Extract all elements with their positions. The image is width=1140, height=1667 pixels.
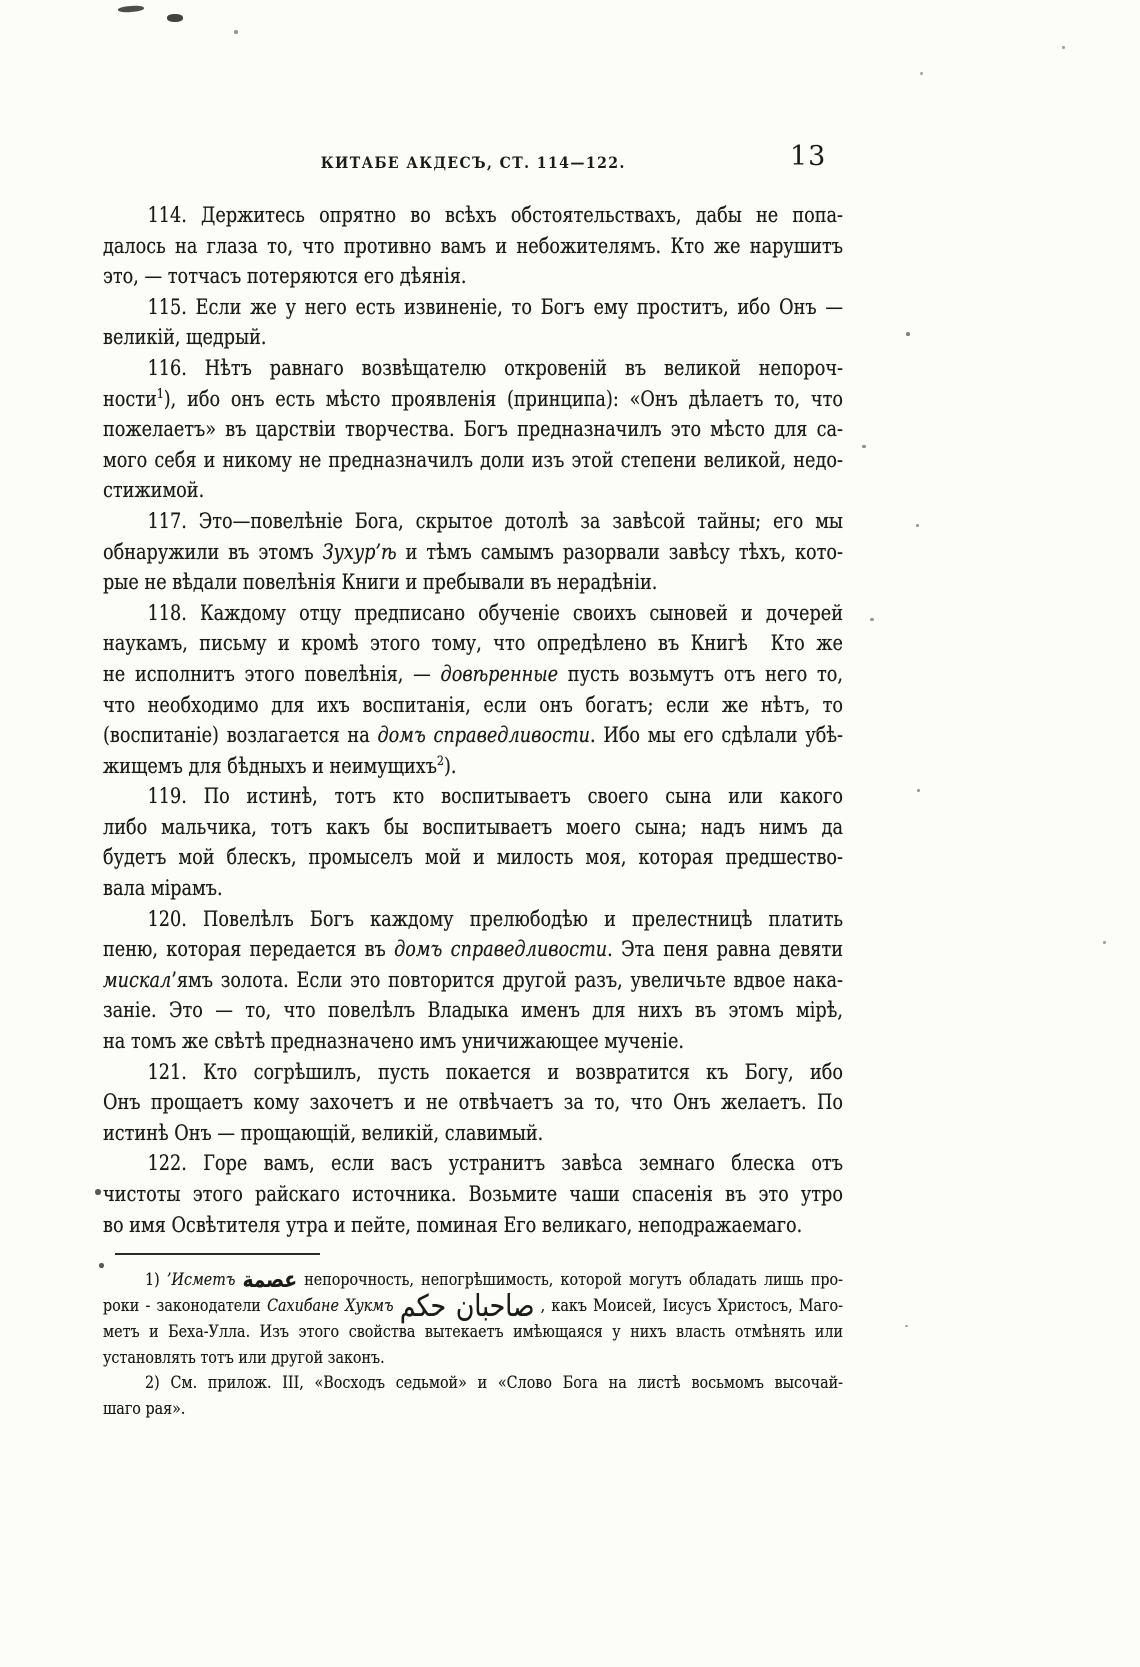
text-segment: роки - законодатели	[103, 1296, 267, 1316]
text-segment: (воспитаніе) возлагается на	[103, 723, 377, 747]
text-segment: либо мальчика, тотъ какъ бы воспитываетъ…	[103, 815, 843, 839]
footnotes: 1) ’Исметъ عصمة непорочность, непогрѣшим…	[103, 1268, 843, 1423]
scan-speck	[862, 445, 866, 448]
text-segment: не исполнитъ этого повелѣнія, —	[103, 662, 441, 686]
paragraph: 120. Повелѣлъ Богъ каждому прелюбодѣю и …	[103, 904, 843, 1057]
text-line: рые не вѣдали повелѣнія Книги и пребывал…	[103, 567, 843, 598]
paragraph: 116. Нѣтъ равнаго возвѣщателю откровеній…	[103, 353, 843, 506]
text-segment: далось на глаза то, что противно вамъ и …	[103, 234, 843, 258]
text-segment: 122. Горе вамъ, если васъ устранитъ завѣ…	[148, 1151, 843, 1175]
text-line: на томъ же свѣтѣ предназначено имъ уничи…	[103, 1026, 843, 1057]
text-line: 114. Держитесь опрятно во всѣхъ обстояте…	[103, 200, 843, 231]
page-number: 13	[790, 141, 826, 172]
text-line: 121. Кто согрѣшилъ, пусть покается и воз…	[103, 1057, 843, 1088]
text-column: 114. Держитесь опрятно во всѣхъ обстояте…	[103, 200, 843, 1423]
text-segment: что необходимо для ихъ воспитанія, если …	[103, 693, 843, 717]
text-line: будетъ мой блескъ, промыселъ мой и милос…	[103, 842, 843, 873]
text-line: мискал’ямъ золота. Если это повторится д…	[103, 965, 843, 996]
text-line: 116. Нѣтъ равнаго возвѣщателю откровеній…	[103, 353, 843, 384]
paragraph: 2) См. прилож. III, «Восходъ седьмой» и …	[103, 1371, 843, 1423]
scan-speck	[920, 72, 923, 75]
text-segment: мого себя и никому не предназначилъ доли…	[103, 448, 843, 472]
text-segment: вала мірамъ.	[103, 876, 223, 900]
text-segment: чистоты этого райскаго источника. Возьми…	[103, 1182, 843, 1206]
text-line: 120. Повелѣлъ Богъ каждому прелюбодѣю и …	[103, 904, 843, 935]
text-line: чистоты этого райскаго источника. Возьми…	[103, 1179, 843, 1210]
text-line: ности1), ибо онъ есть мѣсто проявленія (…	[103, 384, 843, 415]
text-segment: 114. Держитесь опрятно во всѣхъ обстояте…	[148, 203, 843, 227]
text-segment: . Ибо мы его сдѣлали убѣ-	[590, 723, 843, 747]
text-line: далось на глаза то, что противно вамъ и …	[103, 231, 843, 262]
text-segment: ’Исметъ	[167, 1270, 235, 1290]
text-segment: непорочность, непогрѣшимость, которой мо…	[297, 1270, 843, 1290]
text-segment: , какъ Моисей, Іисусъ Христосъ, Маго-	[534, 1296, 843, 1316]
text-line: установлять тотъ или другой законъ.	[103, 1346, 843, 1372]
text-segment: наукамъ, письму и кромѣ этого тому, что …	[103, 631, 843, 655]
text-segment: Сахибане Хукмъ	[267, 1296, 393, 1316]
scan-speck	[906, 332, 910, 336]
paragraph: 114. Держитесь опрятно во всѣхъ обстояте…	[103, 200, 843, 292]
text-line: обнаружили въ этомъ Зухур’ѣ и тѣмъ самым…	[103, 537, 843, 568]
text-segment: и тѣмъ самымъ разорвали завѣсу тѣхъ, кот…	[397, 540, 843, 564]
scan-speck	[99, 1263, 104, 1268]
text-segment: ).	[444, 754, 457, 778]
text-line: 119. По истинѣ, тотъ кто воспитываетъ св…	[103, 781, 843, 812]
text-line: пожелаетъ» въ царствіи творчества. Богъ …	[103, 414, 843, 445]
text-line: истинѣ Онъ — прощающій, великій, славимы…	[103, 1118, 843, 1149]
text-segment: 117. Это—повелѣніе Бога, скрытое дотолѣ …	[148, 509, 843, 533]
text-segment: будетъ мой блескъ, промыселъ мой и милос…	[103, 845, 843, 869]
text-line: мого себя и никому не предназначилъ доли…	[103, 445, 843, 476]
body-paragraphs: 114. Держитесь опрятно во всѣхъ обстояте…	[103, 200, 843, 1240]
arabic-text: صاحبان حكم	[400, 1289, 535, 1324]
running-head: КИТАБЕ АКДЕСЪ, СТ. 114—122.	[103, 153, 843, 172]
text-line: метъ и Беха-Улла. Изъ этого свойства выт…	[103, 1320, 843, 1346]
text-segment: домъ справедливости	[394, 937, 607, 961]
text-line: 118. Каждому отцу предписано обученіе св…	[103, 598, 843, 629]
text-segment: довѣренные	[441, 662, 559, 686]
text-segment: 116. Нѣтъ равнаго возвѣщателю откровеній…	[148, 356, 843, 380]
text-line: 117. Это—повелѣніе Бога, скрытое дотолѣ …	[103, 506, 843, 537]
text-segment: во имя Освѣтителя утра и пейте, поминая …	[103, 1213, 802, 1237]
paragraph: 122. Горе вамъ, если васъ устранитъ завѣ…	[103, 1148, 843, 1240]
paragraph: 117. Это—повелѣніе Бога, скрытое дотолѣ …	[103, 506, 843, 598]
text-segment: установлять тотъ или другой законъ.	[103, 1348, 385, 1368]
text-segment: заніе. Это — то, что повелѣлъ Владыка им…	[103, 998, 843, 1022]
text-segment: мискал	[103, 968, 171, 992]
text-segment: домъ справедливости	[377, 723, 590, 747]
text-line: стижимой.	[103, 475, 843, 506]
text-segment: Зухур’ѣ	[323, 540, 397, 564]
text-line: 2) См. прилож. III, «Восходъ седьмой» и …	[103, 1371, 843, 1397]
text-line: жищемъ для бѣдныхъ и неимущихъ2).	[103, 751, 843, 782]
text-segment: 119. По истинѣ, тотъ кто воспитываетъ св…	[148, 784, 843, 808]
text-line: (воспитаніе) возлагается на домъ справед…	[103, 720, 843, 751]
text-segment: . Эта пеня равна девяти	[607, 937, 843, 961]
text-segment: рые не вѣдали повелѣнія Книги и пребывал…	[103, 570, 657, 594]
text-line: Онъ прощаетъ кому захочетъ и не отвѣчает…	[103, 1087, 843, 1118]
text-segment: шаго рая».	[103, 1399, 185, 1419]
text-segment: это, — тотчасъ потеряются его дѣянія.	[103, 264, 467, 288]
text-segment	[235, 1270, 242, 1290]
text-line: пеню, которая передается въ домъ справед…	[103, 934, 843, 965]
text-segment: метъ и Беха-Улла. Изъ этого свойства выт…	[103, 1322, 843, 1342]
paragraph: 119. По истинѣ, тотъ кто воспитываетъ св…	[103, 781, 843, 903]
scan-speck	[234, 30, 238, 34]
text-segment: обнаружили въ этомъ	[103, 540, 323, 564]
paragraph: 121. Кто согрѣшилъ, пусть покается и воз…	[103, 1057, 843, 1149]
book-page: КИТАБЕ АКДЕСЪ, СТ. 114—122. 13 114. Держ…	[0, 0, 1140, 1667]
arabic-text: عصمة	[243, 1268, 297, 1293]
text-segment: ), ибо онъ есть мѣсто проявленія (принци…	[164, 387, 843, 411]
text-segment: ’ямъ золота. Если это повторится другой …	[171, 968, 843, 992]
text-segment: истинѣ Онъ — прощающій, великій, славимы…	[103, 1121, 543, 1145]
running-head-title: КИТАБЕ АКДЕСЪ, СТ. 114—122.	[320, 153, 625, 172]
scan-speck	[167, 14, 183, 22]
text-line: роки - законодатели Сахибане Хукмъ صاحبا…	[103, 1294, 843, 1320]
text-segment: 2) См. прилож. III, «Восходъ седьмой» и …	[145, 1373, 843, 1393]
text-segment: жищемъ для бѣдныхъ и неимущихъ	[103, 754, 437, 778]
scan-speck	[118, 5, 144, 13]
text-line: наукамъ, письму и кромѣ этого тому, что …	[103, 628, 843, 659]
paragraph: 1) ’Исметъ عصمة непорочность, непогрѣшим…	[103, 1268, 843, 1371]
text-segment: 120. Повелѣлъ Богъ каждому прелюбодѣю и …	[148, 907, 843, 931]
text-line: это, — тотчасъ потеряются его дѣянія.	[103, 261, 843, 292]
scan-speck	[1103, 941, 1106, 944]
paragraph: 118. Каждому отцу предписано обученіе св…	[103, 598, 843, 782]
scan-speck	[917, 789, 920, 792]
paragraph: 115. Если же у него есть извиненіе, то Б…	[103, 292, 843, 353]
text-segment: 121. Кто согрѣшилъ, пусть покается и воз…	[148, 1060, 843, 1084]
text-segment: пожелаетъ» въ царствіи творчества. Богъ …	[103, 417, 843, 441]
text-segment: Онъ прощаетъ кому захочетъ и не отвѣчает…	[103, 1090, 843, 1114]
text-segment: ности	[103, 387, 157, 411]
text-segment: 115. Если же у него есть извиненіе, то Б…	[148, 295, 843, 319]
text-segment: пеню, которая передается въ	[103, 937, 394, 961]
text-line: во имя Освѣтителя утра и пейте, поминая …	[103, 1210, 843, 1241]
text-segment: пусть возьмутъ отъ него то,	[558, 662, 843, 686]
text-line: не исполнитъ этого повелѣнія, — довѣренн…	[103, 659, 843, 690]
text-line: либо мальчика, тотъ какъ бы воспитываетъ…	[103, 812, 843, 843]
scan-speck	[870, 618, 874, 621]
text-line: 115. Если же у него есть извиненіе, то Б…	[103, 292, 843, 323]
text-line: 122. Горе вамъ, если васъ устранитъ завѣ…	[103, 1148, 843, 1179]
scan-speck	[95, 1189, 101, 1195]
footnote-separator	[115, 1253, 320, 1255]
text-line: вала мірамъ.	[103, 873, 843, 904]
text-segment: на томъ же свѣтѣ предназначено имъ уничи…	[103, 1029, 684, 1053]
scan-speck	[916, 524, 919, 527]
text-line: великій, щедрый.	[103, 322, 843, 353]
scan-speck	[1062, 46, 1065, 49]
scan-speck	[905, 1325, 908, 1327]
text-line: что необходимо для ихъ воспитанія, если …	[103, 690, 843, 721]
text-segment: 118. Каждому отцу предписано обученіе св…	[148, 601, 843, 625]
text-segment: великій, щедрый.	[103, 325, 267, 349]
text-segment: 1)	[145, 1270, 167, 1290]
text-segment: стижимой.	[103, 478, 204, 502]
text-line: заніе. Это — то, что повелѣлъ Владыка им…	[103, 995, 843, 1026]
text-line: шаго рая».	[103, 1397, 843, 1423]
